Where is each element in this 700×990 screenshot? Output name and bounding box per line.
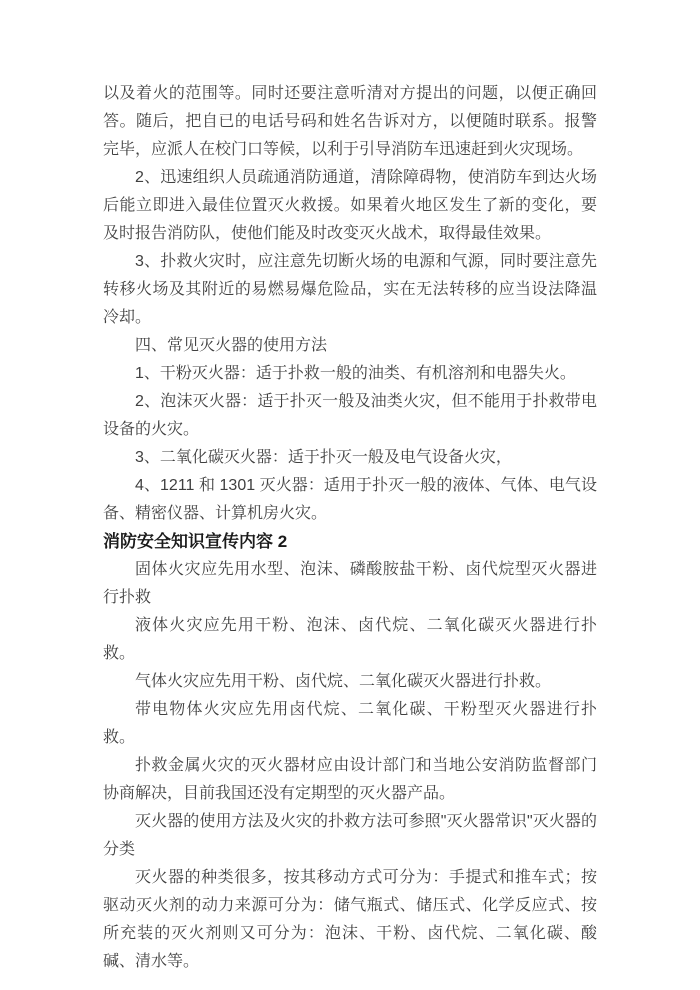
paragraph: 2、迅速组织人员疏通消防通道，清除障碍物，使消防车到达火场后能立即进入最佳位置灭… [103,164,597,248]
document-page: 以及着火的范围等。同时还要注意听清对方提出的问题，以便正确回答。随后，把自已的电… [0,0,700,990]
paragraph: 扑救金属火灾的灭火器材应由设计部门和当地公安消防监督部门协商解决，目前我国还没有… [103,752,597,808]
paragraph: 4、1211 和 1301 灭火器：适用于扑灭一般的液体、气体、电气设备、精密仪… [103,472,597,528]
paragraph: 1、干粉灭火器：适于扑救一般的油类、有机溶剂和电器失火。 [103,360,597,388]
paragraph: 以及着火的范围等。同时还要注意听清对方提出的问题，以便正确回答。随后，把自已的电… [103,80,597,164]
paragraph: 3、二氧化碳灭火器：适于扑灭一般及电气设备火灾， [103,444,597,472]
paragraph: 液体火灾应先用干粉、泡沫、卤代烷、二氧化碳灭火器进行扑救。 [103,612,597,668]
paragraph: 固体火灾应先用水型、泡沫、磷酸胺盐干粉、卤代烷型灭火器进行扑救 [103,556,597,612]
section-heading: 消防安全知识宣传内容 2 [103,528,597,556]
paragraph: 2、泡沫灭火器：适于扑灭一般及油类火灾，但不能用于扑救带电设备的火灾。 [103,388,597,444]
paragraph: 3、扑救火灾时，应注意先切断火场的电源和气源，同时要注意先转移火场及其附近的易燃… [103,248,597,332]
document-content: 以及着火的范围等。同时还要注意听清对方提出的问题，以便正确回答。随后，把自已的电… [103,80,597,976]
paragraph: 气体火灾应先用干粉、卤代烷、二氧化碳灭火器进行扑救。 [103,668,597,696]
paragraph: 四、常见灭火器的使用方法 [103,332,597,360]
paragraph: 灭火器的使用方法及火灾的扑救方法可参照"灭火器常识"灭火器的分类 [103,808,597,864]
paragraph: 灭火器的种类很多，按其移动方式可分为：手提式和推车式；按驱动灭火剂的动力来源可分… [103,864,597,976]
paragraph: 带电物体火灾应先用卤代烷、二氧化碳、干粉型灭火器进行扑救。 [103,696,597,752]
